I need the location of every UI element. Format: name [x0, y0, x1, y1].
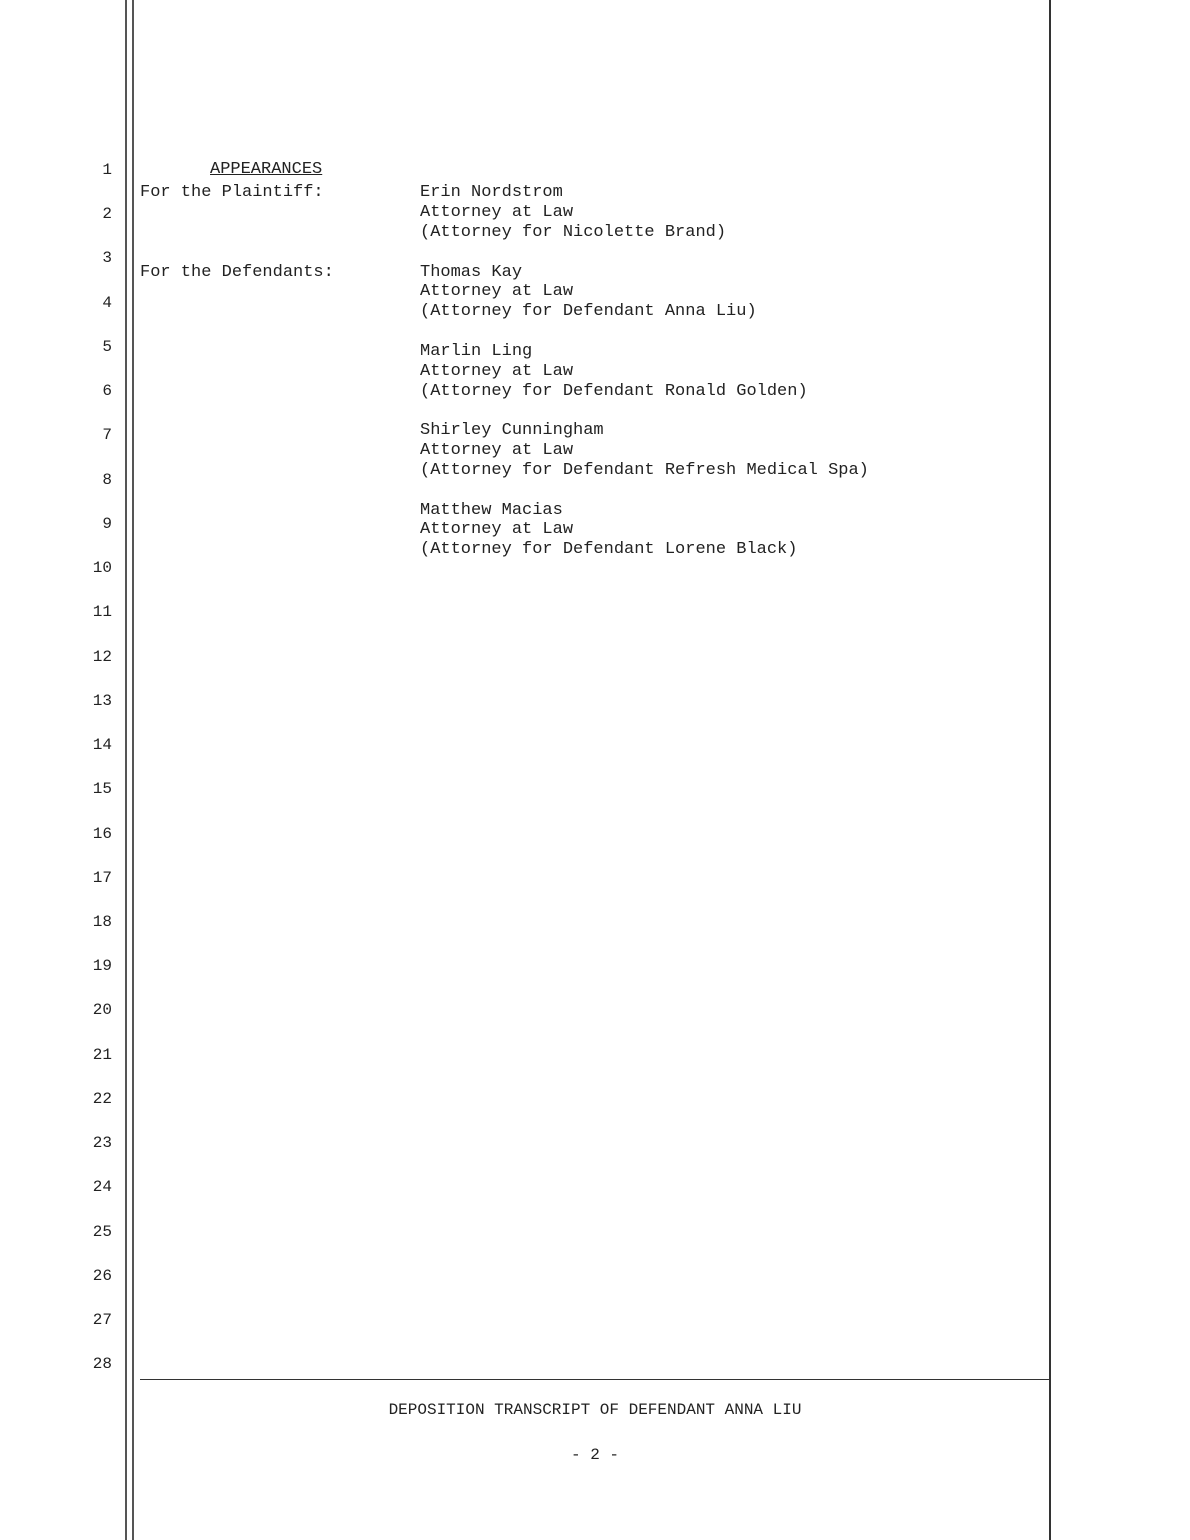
line-number: 24 [80, 1178, 112, 1196]
attorney-title: Attorney at Law [420, 362, 573, 382]
line-number: 5 [80, 338, 112, 356]
line-number: 26 [80, 1267, 112, 1285]
line-number: 17 [80, 869, 112, 887]
line-number: 27 [80, 1311, 112, 1329]
line-number: 14 [80, 736, 112, 754]
attorney-role: (Attorney for Nicolette Brand) [420, 223, 726, 243]
attorney-role: (Attorney for Defendant Ronald Golden) [420, 382, 808, 402]
line-number: 22 [80, 1090, 112, 1108]
line-number: 28 [80, 1355, 112, 1373]
footer-title: DEPOSITION TRANSCRIPT OF DEFENDANT ANNA … [140, 1401, 1050, 1419]
attorney-title: Attorney at Law [420, 441, 573, 461]
attorney-title: Attorney at Law [420, 520, 573, 540]
line-number: 25 [80, 1223, 112, 1241]
line-number: 4 [80, 294, 112, 312]
line-number: 16 [80, 825, 112, 843]
attorney-title: Attorney at Law [420, 282, 573, 302]
attorney-title: Attorney at Law [420, 203, 573, 223]
right-margin-rule [1049, 0, 1051, 1540]
line-number: 12 [80, 648, 112, 666]
line-number: 19 [80, 957, 112, 975]
line-number: 7 [80, 426, 112, 444]
line-number: 3 [80, 249, 112, 267]
line-number: 15 [80, 780, 112, 798]
left-margin-rule-outer [125, 0, 127, 1540]
attorney-role: (Attorney for Defendant Anna Liu) [420, 302, 757, 322]
line-number: 23 [80, 1134, 112, 1152]
defendants-label: For the Defendants: [140, 263, 334, 283]
attorney-role: (Attorney for Defendant Lorene Black) [420, 540, 797, 560]
line-number: 6 [80, 382, 112, 400]
attorney-name: Thomas Kay [420, 263, 522, 283]
footer-divider [140, 1379, 1050, 1380]
left-margin-rule-inner [132, 0, 134, 1540]
line-number: 8 [80, 471, 112, 489]
line-number: 18 [80, 913, 112, 931]
attorney-name: Shirley Cunningham [420, 421, 604, 441]
appearances-heading: APPEARANCES [210, 160, 322, 180]
attorney-name: Matthew Macias [420, 501, 563, 521]
line-number: 2 [80, 205, 112, 223]
line-number: 21 [80, 1046, 112, 1064]
line-number: 11 [80, 603, 112, 621]
attorney-name: Erin Nordstrom [420, 183, 563, 203]
line-number: 20 [80, 1001, 112, 1019]
attorney-role: (Attorney for Defendant Refresh Medical … [420, 461, 869, 481]
attorney-name: Marlin Ling [420, 342, 532, 362]
page-number: - 2 - [140, 1446, 1050, 1464]
line-number: 13 [80, 692, 112, 710]
line-number: 9 [80, 515, 112, 533]
plaintiff-label: For the Plaintiff: [140, 183, 324, 203]
line-number: 10 [80, 559, 112, 577]
line-number: 1 [80, 161, 112, 179]
